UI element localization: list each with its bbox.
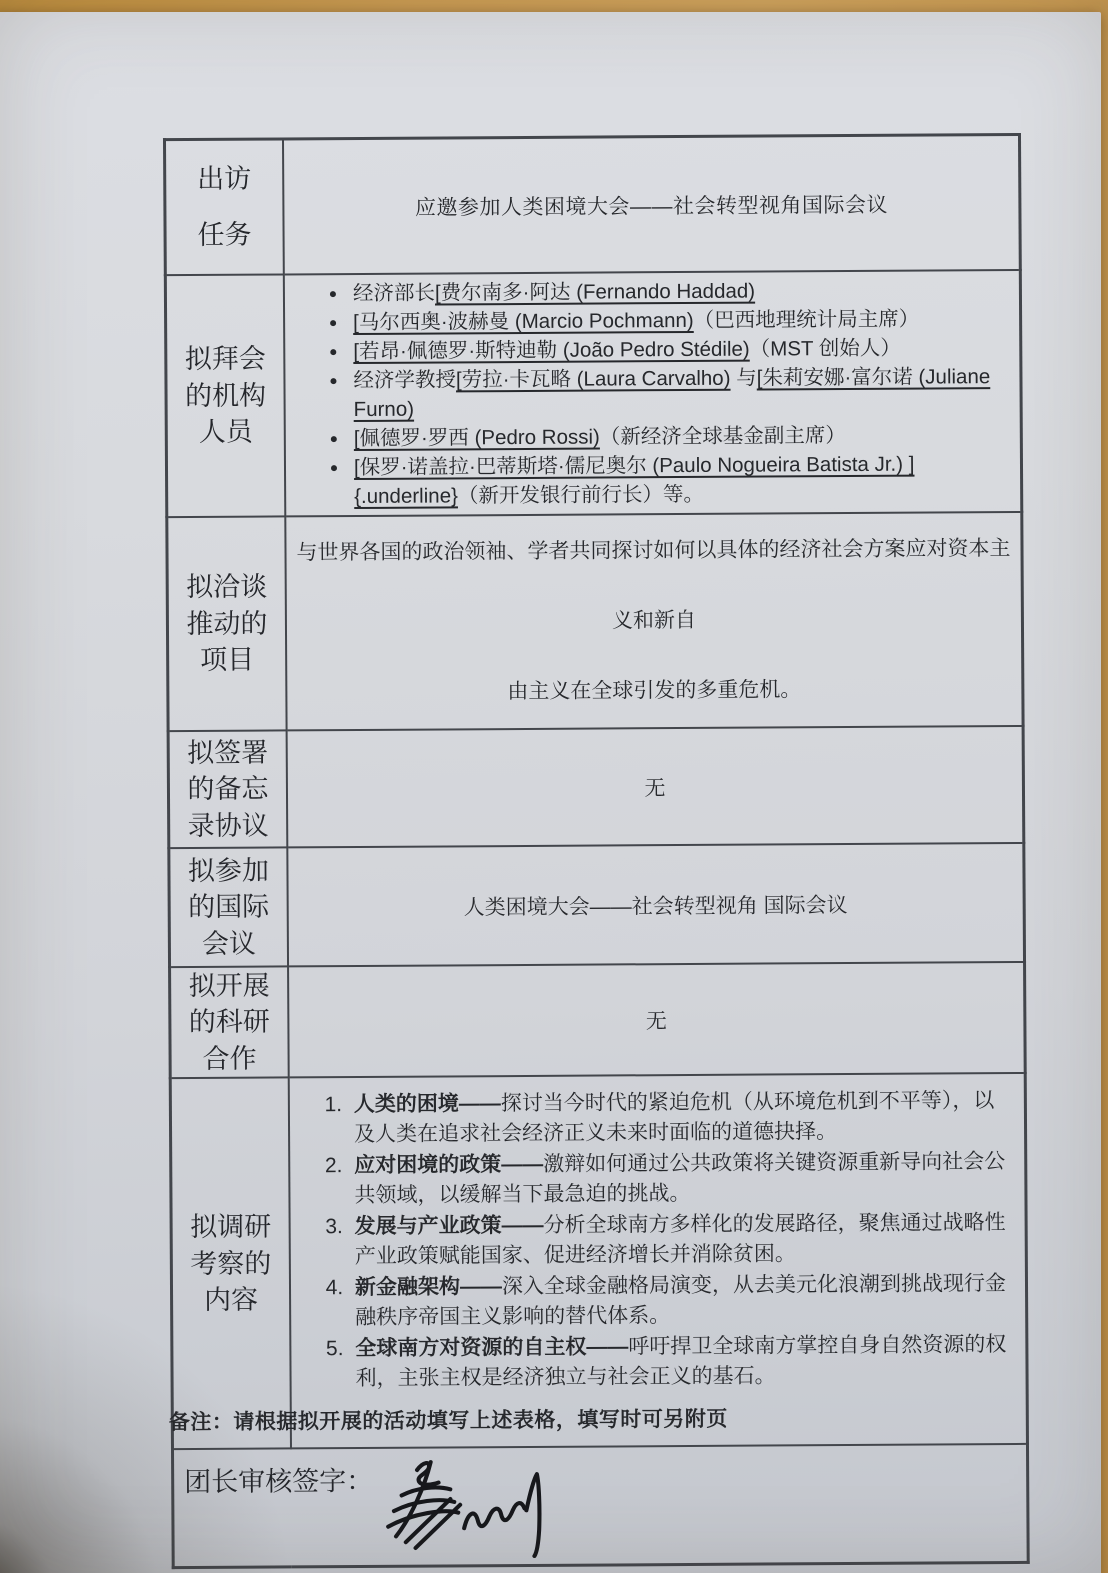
- row-label-research-coop: 拟开展 的科研 合作: [170, 966, 289, 1078]
- cell-memoranda: 无: [287, 726, 1024, 847]
- list-item-segment: [佩德罗·罗西 (Pedro Rossi): [354, 426, 600, 451]
- list-item-segment: （巴西地理统计局主席）: [694, 308, 920, 332]
- list-item-segment: 人类的困境——: [354, 1092, 501, 1116]
- leader-signature-label: 团长审核签字：: [184, 1466, 373, 1497]
- list-item-segment: [若昂·佩德罗·斯特迪勒 (João Pedro Stédile): [353, 338, 750, 363]
- list-item-segment: （MST 创始人）: [750, 337, 901, 361]
- list-item-segment: （新开发银行前行长）等。: [458, 483, 704, 508]
- cell-mission: 应邀参加人类困境大会——社会转型视角国际会议: [283, 134, 1020, 274]
- delegation-meeting-list: 经济部长[费尔南多·阿达 (Fernando Haddad) [马尔西奥·波赫曼…: [285, 275, 1006, 511]
- form-document: 出访 任务 应邀参加人类困境大会——社会转型视角国际会议 拟拜会 的机构 人员 …: [0, 0, 1108, 1573]
- list-item-segment: [马尔西奥·波赫曼 (Marcio Pochmann): [353, 309, 694, 334]
- cell-projects: 与世界各国的政治领袖、学者共同探讨如何以具体的经济社会方案应对资本主义和新自 由…: [285, 512, 1023, 730]
- list-item-segment: 经济部长: [353, 282, 435, 306]
- list-item: 经济学教授[劳拉·卡瓦略 (Laura Carvalho) 与[朱莉安娜·富尔诺…: [349, 362, 1005, 424]
- list-item-segment: 新金融架构——: [355, 1275, 502, 1299]
- list-item-segment: [劳拉·卡瓦略 (Laura Carvalho): [456, 367, 731, 392]
- row-label-mission: 出访 任务: [164, 139, 283, 275]
- signature-row: 团长审核签字：: [172, 1444, 1028, 1568]
- cell-conference: 人类困境大会——社会转型视角 国际会议: [287, 843, 1024, 966]
- row-label-projects: 拟洽谈 推动的 项目: [167, 516, 287, 731]
- list-item: 经济部长[费尔南多·阿达 (Fernando Haddad): [349, 275, 1005, 308]
- list-item: 新金融架构——深入全球金融格局演变，从去美元化浪潮到挑战现行金融秩序帝国主义影响…: [349, 1269, 1011, 1333]
- list-item: [保罗·诺盖拉·巴蒂斯塔·儒尼奥尔 (Paulo Nogueira Batist…: [350, 449, 1006, 511]
- list-item: [马尔西奥·波赫曼 (Marcio Pochmann)（巴西地理统计局主席）: [349, 304, 1005, 337]
- list-item: 人类的困境——探讨当今时代的紧迫危机（从环境危机到不平等），以及人类在追求社会经…: [348, 1086, 1010, 1150]
- list-item-segment: 全球南方对资源的自主权——: [355, 1336, 628, 1361]
- cell-research-coop: 无: [288, 962, 1025, 1078]
- note-text: 备注：请根据拟开展的活动填写上述表格，填写时可另附页: [169, 1401, 1009, 1436]
- list-item: [佩德罗·罗西 (Pedro Rossi)（新经济全球基金副主席）: [350, 420, 1006, 453]
- list-item: [若昂·佩德罗·斯特迪勒 (João Pedro Stédile)（MST 创始…: [349, 333, 1005, 366]
- row-label-memoranda: 拟签署 的备忘 录协议: [168, 730, 287, 848]
- list-item-segment: 经济学教授: [353, 368, 456, 392]
- list-item-segment: 应对困境的政策——: [354, 1153, 543, 1177]
- list-item-segment: 与: [730, 367, 756, 390]
- list-item: 发展与产业政策——分析全球南方多样化的发展路径，聚焦通过战略性产业政策赋能国家、…: [349, 1208, 1011, 1272]
- list-item-segment: （新经济全球基金副主席）: [600, 424, 846, 449]
- list-item-segment: [费尔南多·阿达 (Fernando Haddad): [435, 280, 755, 305]
- cell-survey: 人类的困境——探讨当今时代的紧迫危机（从环境危机到不平等），以及人类在追求社会经…: [289, 1073, 1028, 1448]
- list-item-segment: 发展与产业政策——: [355, 1214, 544, 1238]
- row-label-conference: 拟参加 的国际 会议: [169, 847, 288, 967]
- row-label-survey: 拟调研 考察的 内容: [170, 1078, 291, 1450]
- list-item: 全球南方对资源的自主权——呼吁捍卫全球南方掌控自身自然资源的权利，主张主权是经济…: [349, 1330, 1011, 1394]
- research-topics-list: 人类的困境——探讨当今时代的紧迫危机（从环境危机到不平等），以及人类在追求社会经…: [290, 1086, 1012, 1394]
- list-item: 应对困境的政策——激辩如何通过公共政策将关键资源重新导向社会公共领域，以缓解当下…: [348, 1147, 1010, 1211]
- row-label-meetings: 拟拜会 的机构 人员: [165, 274, 285, 517]
- photo-background: 出访 任务 应邀参加人类困境大会——社会转型视角国际会议 拟拜会 的机构 人员 …: [0, 0, 1108, 1573]
- cell-meetings: 经济部长[费尔南多·阿达 (Fernando Haddad) [马尔西奥·波赫曼…: [284, 270, 1022, 516]
- form-table: 出访 任务 应邀参加人类困境大会——社会转型视角国际会议 拟拜会 的机构 人员 …: [163, 133, 1030, 1570]
- handwritten-signature: [352, 1446, 553, 1559]
